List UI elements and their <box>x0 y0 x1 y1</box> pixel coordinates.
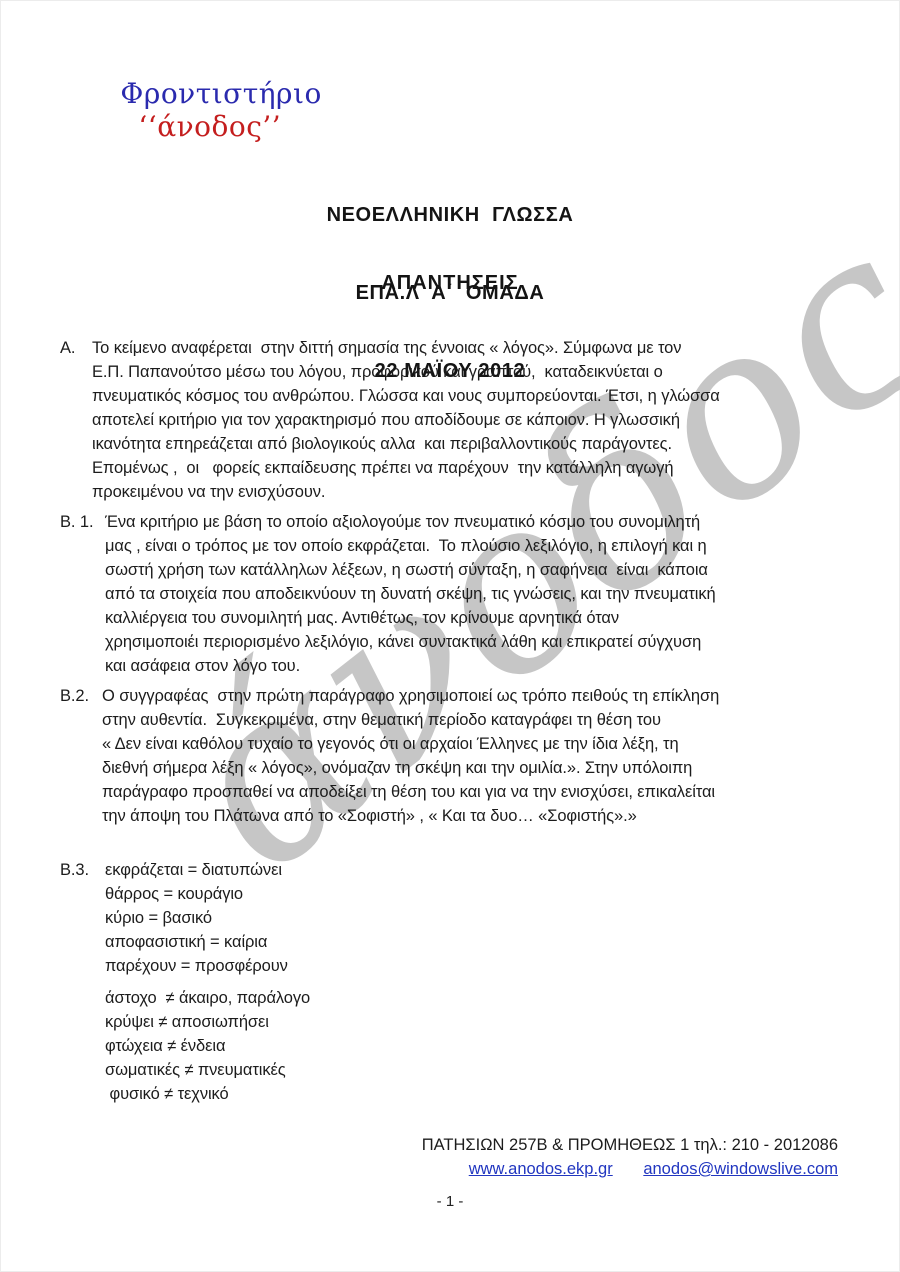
text-line: κύριο = βασικό <box>105 906 852 930</box>
answers-heading: ΑΠΑΝΤΗΣΕΙΣ <box>0 272 900 295</box>
footer-links: www.anodos.ekp.gr anodos@windowslive.com <box>422 1157 838 1181</box>
brand-name: ‘‘άνοδος’’ <box>138 110 281 143</box>
text-line: την άποψη του Πλάτωνα από το «Σοφιστή» ,… <box>102 804 852 828</box>
section-b3: Β.3. εκφράζεται = διατυπώνειθάρρος = κου… <box>60 858 852 1106</box>
text-line: « Δεν είναι καθόλου τυχαίο το γεγονός ότ… <box>102 732 852 756</box>
page-number: - 1 - <box>0 1193 900 1210</box>
text-line: σωστή χρήση των κατάλληλων λέξεων, η σωσ… <box>105 558 852 582</box>
text-line: Ο συγγραφέας στην πρώτη παράγραφο χρησιμ… <box>102 684 852 708</box>
website-link[interactable]: www.anodos.ekp.gr <box>469 1160 613 1178</box>
exam-subject: ΝΕΟΕΛΛΗΝΙΚΗ ΓΛΩΣΣΑ <box>0 202 900 228</box>
text-line: παράγραφο προσπαθεί να αποδείξει τη θέση… <box>102 780 852 804</box>
text-line: παρέχουν = προσφέρουν <box>105 954 852 978</box>
text-line: διεθνή σήμερα λέξη « λόγος», ονόμαζαν τη… <box>102 756 852 780</box>
section-b2-label: Β.2. <box>60 684 89 708</box>
text-line: φυσικό ≠ τεχνικό <box>105 1082 852 1106</box>
text-line: προκειμένου να την ενισχύσουν. <box>92 480 852 504</box>
section-b3-antonym-list: άστοχο ≠ άκαιρο, παράλογοκρύψει ≠ αποσιω… <box>105 986 852 1106</box>
text-line: χρησιμοποιέι περιορισμένο λεξιλόγιο, κάν… <box>105 630 852 654</box>
text-line: κρύψει ≠ αποσιωπήσει <box>105 1010 852 1034</box>
text-line: εκφράζεται = διατυπώνει <box>105 858 852 882</box>
footer: ΠΑΤΗΣΙΩΝ 257Β & ΠΡΟΜΗΘΕΩΣ 1 τηλ.: 210 - … <box>422 1133 838 1181</box>
text-line: αποτελεί κριτήριο για τον χαρακτηρισμό π… <box>92 408 852 432</box>
section-b1-label: Β. 1. <box>60 510 93 534</box>
text-line: άστοχο ≠ άκαιρο, παράλογο <box>105 986 852 1010</box>
section-b3-label: Β.3. <box>60 858 89 882</box>
section-b1: Β. 1. Ένα κριτήριο με βάση το οποίο αξιο… <box>60 510 852 678</box>
text-line: ικανότητα επηρεάζεται από βιολογικούς αλ… <box>92 432 852 456</box>
text-line: αποφασιστική = καίρια <box>105 930 852 954</box>
text-line: από τα στοιχεία που αποδεικνύουν τη δυνα… <box>105 582 852 606</box>
text-line: μας , είναι ο τρόπος με τον οποίο εκφράζ… <box>105 534 852 558</box>
section-a-label: Α. <box>60 336 75 360</box>
text-line: Το κείμενο αναφέρεται στην διττή σημασία… <box>92 336 852 360</box>
text-line: Επομένως , οι φορείς εκπαίδευσης πρέπει … <box>92 456 852 480</box>
section-a-paragraph: Το κείμενο αναφέρεται στην διττή σημασία… <box>92 336 852 504</box>
email-link[interactable]: anodos@windowslive.com <box>643 1160 838 1178</box>
text-line: στην αυθεντία. Συγκεκριμένα, στην θεματι… <box>102 708 852 732</box>
text-line: θάρρος = κουράγιο <box>105 882 852 906</box>
footer-address: ΠΑΤΗΣΙΩΝ 257Β & ΠΡΟΜΗΘΕΩΣ 1 τηλ.: 210 - … <box>422 1133 838 1157</box>
text-line: σωματικές ≠ πνευματικές <box>105 1058 852 1082</box>
section-b2: Β.2. Ο συγγραφέας στην πρώτη παράγραφο χ… <box>60 684 852 828</box>
section-b3-synonym-list: εκφράζεται = διατυπώνειθάρρος = κουράγιο… <box>105 858 852 978</box>
text-line: Ένα κριτήριο με βάση το οποίο αξιολογούμ… <box>105 510 852 534</box>
text-line: καλλιέργεια του συνομιλητή μας. Αντιθέτω… <box>105 606 852 630</box>
document-page: άνοδος Φροντιστήριο ‘‘άνοδος’’ ΝΕΟΕΛΛΗΝΙ… <box>0 0 900 1272</box>
section-a: Α. Το κείμενο αναφέρεται στην διττή σημα… <box>60 336 852 504</box>
text-line: και ασάφεια στον λόγο του. <box>105 654 852 678</box>
section-b1-paragraph: Ένα κριτήριο με βάση το οποίο αξιολογούμ… <box>105 510 852 678</box>
text-line: Ε.Π. Παπανούτσο μέσω του λόγου, προφορικ… <box>92 360 852 384</box>
school-label: Φροντιστήριο <box>120 77 321 110</box>
section-b2-paragraph: Ο συγγραφέας στην πρώτη παράγραφο χρησιμ… <box>102 684 852 828</box>
text-line: φτώχεια ≠ ένδεια <box>105 1034 852 1058</box>
text-line: πνευματικός κόσμος του ανθρώπου. Γλώσσα … <box>92 384 852 408</box>
